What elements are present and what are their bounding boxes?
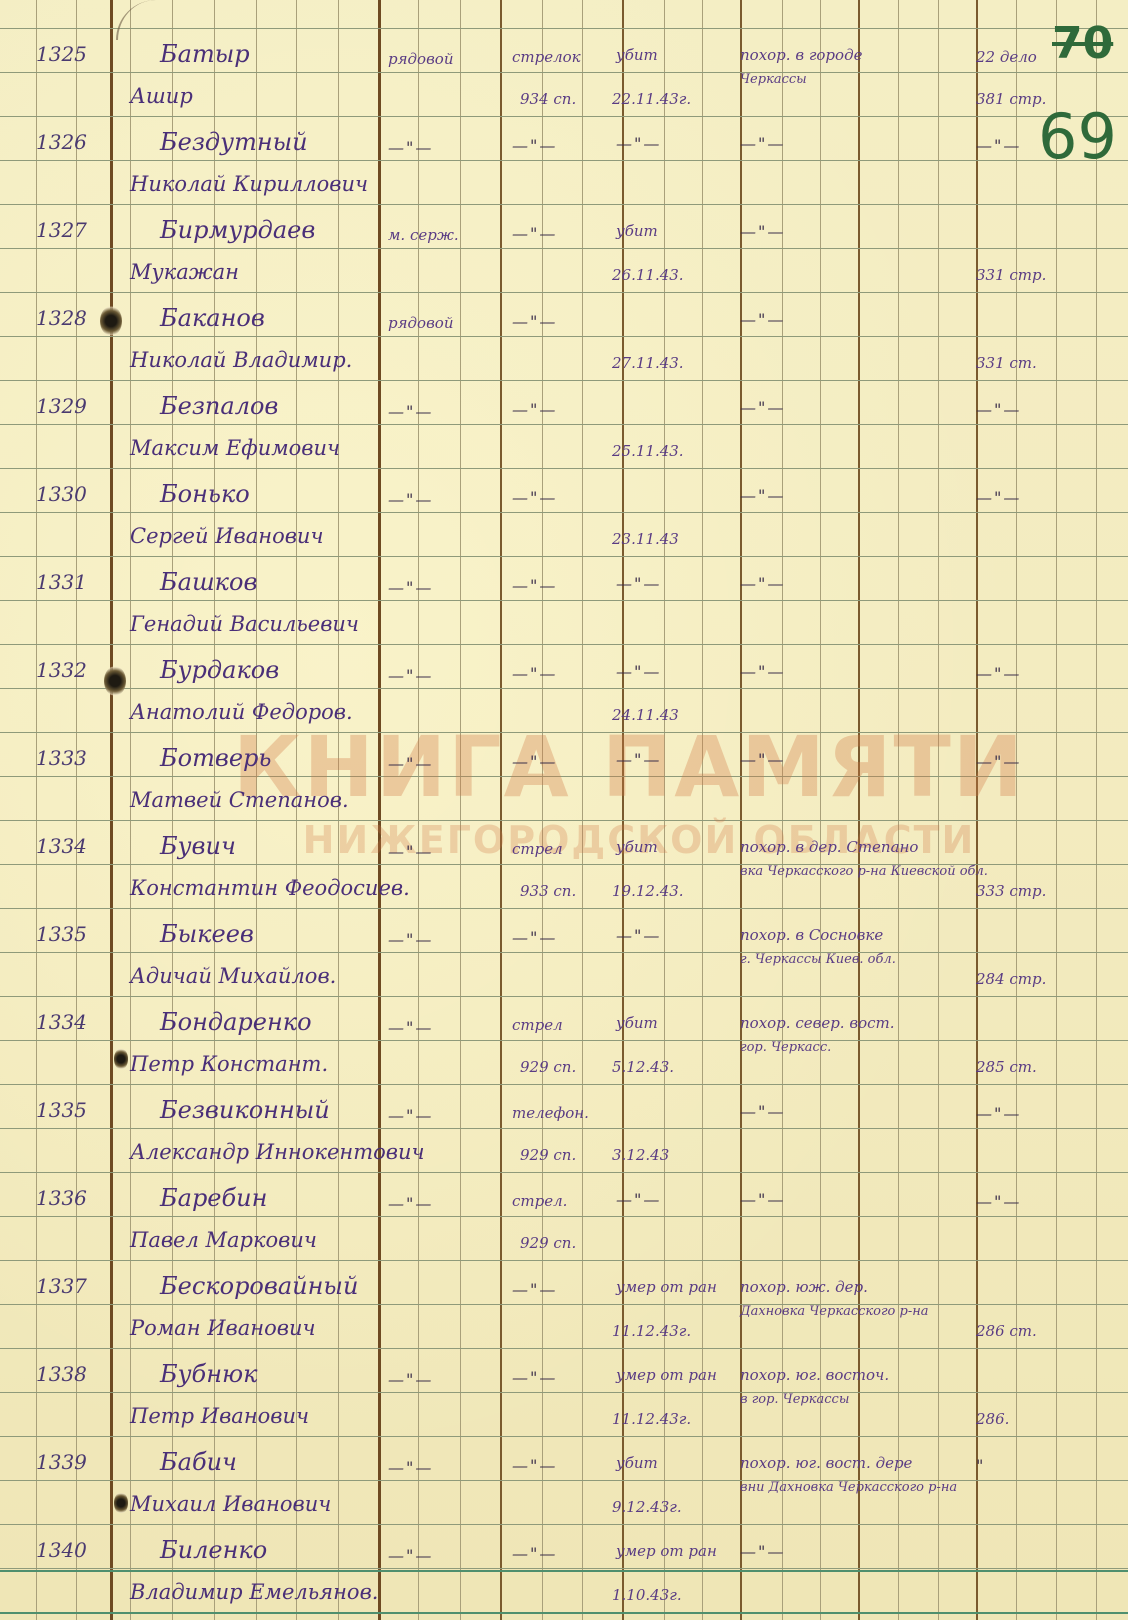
record-reference-page: 333 стр. (976, 882, 1046, 900)
grid-row-line (0, 1216, 1128, 1217)
grid-column-line (500, 0, 502, 1620)
grid-row-line (0, 1040, 1128, 1041)
record-given-name: Николай Владимир. (130, 348, 352, 372)
page-number: 69 (1038, 100, 1117, 173)
grid-row-line (0, 292, 1128, 293)
record-unit: 929 сп. (520, 1234, 576, 1252)
grid-column-line (1056, 0, 1057, 1620)
grid-row-line (0, 1172, 1128, 1173)
grid-row-line (0, 1480, 1128, 1481)
record-rank: м. серж. (388, 226, 459, 244)
record-fate: убит (616, 1014, 658, 1032)
record-date: 27.11.43. (612, 354, 684, 372)
record-surname: Батыр (160, 40, 250, 68)
record-burial-detail: гор. Черкасс. (740, 1040, 831, 1055)
record-reference: —"— (976, 752, 1021, 771)
grid-column-line (898, 0, 899, 1620)
record-unit: 933 сп. (520, 882, 576, 900)
grid-row-line (0, 336, 1128, 337)
record-reference-page: 381 стр. (976, 90, 1046, 108)
record-surname: Безпалов (160, 392, 278, 420)
record-fate: умер от ран (616, 1366, 717, 1384)
grid-row-line (0, 732, 1128, 733)
record-burial: —"— (740, 310, 785, 329)
record-fate: умер от ран (616, 1278, 717, 1296)
record-burial: похор. в дер. Степано (740, 838, 918, 856)
grid-row-line (0, 72, 1128, 73)
record-given-name: Роман Иванович (130, 1316, 316, 1340)
record-number: 1335 (36, 1098, 87, 1122)
record-rank: —"— (388, 1458, 433, 1477)
grid-row-line (0, 1392, 1128, 1393)
record-number: 1339 (36, 1450, 87, 1474)
record-rank: —"— (388, 578, 433, 597)
record-number: 1328 (36, 306, 87, 330)
record-fate: —"— (616, 750, 661, 769)
record-number: 1327 (36, 218, 87, 242)
ledger-page: КНИГА ПАМЯТИ НИЖЕГОРОДСКОЙ ОБЛАСТИ 70 69… (0, 0, 1128, 1620)
record-surname: Ботверь (160, 744, 271, 772)
record-given-name: Максим Ефимович (130, 436, 340, 460)
record-surname: Бонько (160, 480, 250, 508)
record-surname: Бездутный (160, 128, 308, 156)
record-date: 24.11.43 (612, 706, 679, 724)
record-position: —"— (512, 1456, 557, 1475)
record-reference-page: 331 стр. (976, 266, 1046, 284)
record-reference: —"— (976, 1192, 1021, 1211)
record-date: 11.12.43г. (612, 1410, 691, 1428)
grid-row-line (0, 204, 1128, 205)
grid-row-line (0, 1304, 1128, 1305)
record-surname: Безвиконный (160, 1096, 330, 1124)
grid-row-line (0, 380, 1128, 381)
record-unit: 929 сп. (520, 1058, 576, 1076)
record-date: 11.12.43г. (612, 1322, 691, 1340)
record-surname: Бувич (160, 832, 236, 860)
grid-row-line (0, 468, 1128, 469)
record-rank: —"— (388, 842, 433, 861)
record-burial: —"— (740, 486, 785, 505)
record-position: —"— (512, 224, 557, 243)
grid-row-line (0, 1348, 1128, 1349)
record-fate: умер от ран (616, 1542, 717, 1560)
record-burial: —"— (740, 398, 785, 417)
record-date: 19.12.43. (612, 882, 684, 900)
record-number: 1332 (36, 658, 87, 682)
record-surname: Быкеев (160, 920, 254, 948)
grid-row-line (0, 908, 1128, 909)
record-position: стрел (512, 840, 563, 858)
grid-row-line (0, 776, 1128, 777)
record-rank: —"— (388, 930, 433, 949)
record-date: 23.11.43 (612, 530, 679, 548)
record-rank: —"— (388, 402, 433, 421)
record-fate: убит (616, 222, 658, 240)
record-surname: Бурдаков (160, 656, 279, 684)
grid-row-line (0, 644, 1128, 645)
record-position: телефон. (512, 1104, 589, 1122)
record-date: 22.11.43г. (612, 90, 691, 108)
grid-row-line (0, 1128, 1128, 1129)
page-number-crossed: 70 (1052, 18, 1113, 69)
record-date: 3.12.43 (612, 1146, 669, 1164)
record-position: —"— (512, 1544, 557, 1563)
record-burial: —"— (740, 574, 785, 593)
record-number: 1335 (36, 922, 87, 946)
record-rank: —"— (388, 1018, 433, 1037)
grid-row-line (0, 28, 1128, 29)
record-burial: —"— (740, 1102, 785, 1121)
grid-row-line (0, 820, 1128, 821)
record-burial: —"— (740, 750, 785, 769)
record-given-name: Павел Маркович (130, 1228, 317, 1252)
grid-row-line (0, 952, 1128, 953)
record-rank: —"— (388, 138, 433, 157)
record-reference-page: 286. (976, 1410, 1009, 1428)
record-given-name: Генадий Васильевич (130, 612, 359, 636)
grid-row-line (0, 1568, 1128, 1569)
record-fate: —"— (616, 926, 661, 945)
record-reference-page: 285 ст. (976, 1058, 1037, 1076)
record-burial: —"— (740, 222, 785, 241)
record-number: 1329 (36, 394, 87, 418)
grid-column-line (1016, 0, 1017, 1620)
record-surname: Бирмурдаев (160, 216, 315, 244)
record-rank: —"— (388, 666, 433, 685)
record-rank: —"— (388, 1194, 433, 1213)
grid-row-line (0, 556, 1128, 557)
record-rank: —"— (388, 490, 433, 509)
record-burial: похор. север. вост. (740, 1014, 895, 1032)
record-given-name: Петр Иванович (130, 1404, 309, 1428)
record-surname: Баканов (160, 304, 265, 332)
record-rank: —"— (388, 1106, 433, 1125)
record-surname: Баребин (160, 1184, 267, 1212)
record-surname: Бубнюк (160, 1360, 257, 1388)
record-given-name: Адичай Михайлов. (130, 964, 336, 988)
record-surname: Биленко (160, 1536, 267, 1564)
record-burial: —"— (740, 134, 785, 153)
record-surname: Бескоровайный (160, 1272, 358, 1300)
record-unit: 934 сп. (520, 90, 576, 108)
punch-hole (100, 306, 122, 336)
record-position: —"— (512, 576, 557, 595)
record-number: 1337 (36, 1274, 87, 1298)
record-position: —"— (512, 752, 557, 771)
record-fate: убит (616, 838, 658, 856)
record-burial-detail: Черкассы (740, 72, 807, 87)
record-position: —"— (512, 400, 557, 419)
record-burial: похор. юг. вост. дере (740, 1454, 912, 1472)
record-number: 1340 (36, 1538, 87, 1562)
record-number: 1333 (36, 746, 87, 770)
grid-row-line (0, 1436, 1128, 1437)
record-given-name: Александр Иннокентович (130, 1140, 425, 1164)
record-given-name: Анатолий Федоров. (130, 700, 353, 724)
record-number: 1336 (36, 1186, 87, 1210)
record-surname: Башков (160, 568, 257, 596)
grid-row-line (0, 996, 1128, 997)
record-fate: —"— (616, 574, 661, 593)
record-rank: рядовой (388, 314, 454, 332)
record-reference-page: 286 ст. (976, 1322, 1037, 1340)
record-number: 1338 (36, 1362, 87, 1386)
record-number: 1330 (36, 482, 87, 506)
record-fate: убит (616, 46, 658, 64)
record-reference: —"— (976, 1104, 1021, 1123)
record-date: 9.12.43г. (612, 1498, 682, 1516)
record-rank: —"— (388, 754, 433, 773)
record-unit: 929 сп. (520, 1146, 576, 1164)
grid-column-line (976, 0, 978, 1620)
record-given-name: Константин Феодосиев. (130, 876, 410, 900)
grid-row-line (0, 1084, 1128, 1085)
record-position: —"— (512, 312, 557, 331)
record-burial-detail: вка Черкасского р-на Киевской обл. (740, 864, 988, 879)
record-position: —"— (512, 664, 557, 683)
record-number: 1325 (36, 42, 87, 66)
record-reference: —"— (976, 664, 1021, 683)
record-number: 1334 (36, 834, 87, 858)
record-given-name: Михаил Иванович (130, 1492, 331, 1516)
record-number: 1331 (36, 570, 87, 594)
grid-row-line (0, 1260, 1128, 1261)
record-given-name: Мукажан (130, 260, 239, 284)
grid-row-line (0, 424, 1128, 425)
grid-column-line (378, 0, 381, 1620)
record-burial-detail: вни Дахновка Черкасского р-на (740, 1480, 957, 1495)
record-position: —"— (512, 1280, 557, 1299)
grid-row-line (0, 512, 1128, 513)
ledger-bottom-rule (0, 1612, 1128, 1614)
punch-hole (114, 1492, 128, 1514)
record-burial-detail: г. Черкассы Киев. обл. (740, 952, 896, 967)
record-date: 25.11.43. (612, 442, 684, 460)
record-fate: —"— (616, 662, 661, 681)
record-given-name: Николай Кириллович (130, 172, 368, 196)
record-position: —"— (512, 136, 557, 155)
record-position: стрел. (512, 1192, 567, 1210)
record-position: стрел (512, 1016, 563, 1034)
grid-column-line (110, 0, 113, 1620)
record-date: 26.11.43. (612, 266, 684, 284)
record-reference: —"— (976, 400, 1021, 419)
record-reference: " (976, 1456, 985, 1475)
record-burial-detail: Дахновка Черкасского р-на (740, 1304, 929, 1319)
grid-row-line (0, 600, 1128, 601)
grid-row-line (0, 1524, 1128, 1525)
record-rank: —"— (388, 1370, 433, 1389)
record-fate: —"— (616, 1190, 661, 1209)
grid-row-line (0, 248, 1128, 249)
record-given-name: Сергей Иванович (130, 524, 324, 548)
record-reference: 22 дело (976, 48, 1037, 66)
record-fate: —"— (616, 134, 661, 153)
grid-column-line (460, 0, 461, 1620)
record-position: —"— (512, 1368, 557, 1387)
record-rank: рядовой (388, 50, 454, 68)
record-position: стрелок (512, 48, 581, 66)
record-given-name: Владимир Емельянов. (130, 1580, 378, 1604)
ledger-bottom-rule (0, 1570, 1128, 1572)
record-rank: —"— (388, 1546, 433, 1565)
record-reference-page: 284 стр. (976, 970, 1046, 988)
grid-row-line (0, 160, 1128, 161)
record-burial: —"— (740, 1542, 785, 1561)
record-date: 5.12.43. (612, 1058, 674, 1076)
record-number: 1326 (36, 130, 87, 154)
record-burial: похор. юг. восточ. (740, 1366, 889, 1384)
record-burial: похор. юж. дер. (740, 1278, 868, 1296)
record-surname: Бабич (160, 1448, 237, 1476)
record-reference: —"— (976, 488, 1021, 507)
record-burial: —"— (740, 662, 785, 681)
grid-row-line (0, 116, 1128, 117)
grid-column-line (1096, 0, 1097, 1620)
record-burial: похор. в Сосновке (740, 926, 883, 944)
record-burial: —"— (740, 1190, 785, 1209)
record-reference-page: 331 ст. (976, 354, 1037, 372)
record-burial-detail: в гор. Черкассы (740, 1392, 849, 1407)
grid-column-line (938, 0, 939, 1620)
record-reference: —"— (976, 136, 1021, 155)
punch-hole (104, 666, 126, 696)
record-surname: Бондаренко (160, 1008, 312, 1036)
record-given-name: Ашир (130, 84, 193, 108)
punch-hole (114, 1048, 128, 1070)
record-fate: убит (616, 1454, 658, 1472)
record-position: —"— (512, 488, 557, 507)
record-date: 1.10.43г. (612, 1586, 682, 1604)
grid-row-line (0, 688, 1128, 689)
record-given-name: Матвей Степанов. (130, 788, 349, 812)
record-position: —"— (512, 928, 557, 947)
record-given-name: Петр Констант. (130, 1052, 328, 1076)
record-burial: похор. в городе (740, 46, 862, 64)
record-number: 1334 (36, 1010, 87, 1034)
grid-column-line (582, 0, 583, 1620)
